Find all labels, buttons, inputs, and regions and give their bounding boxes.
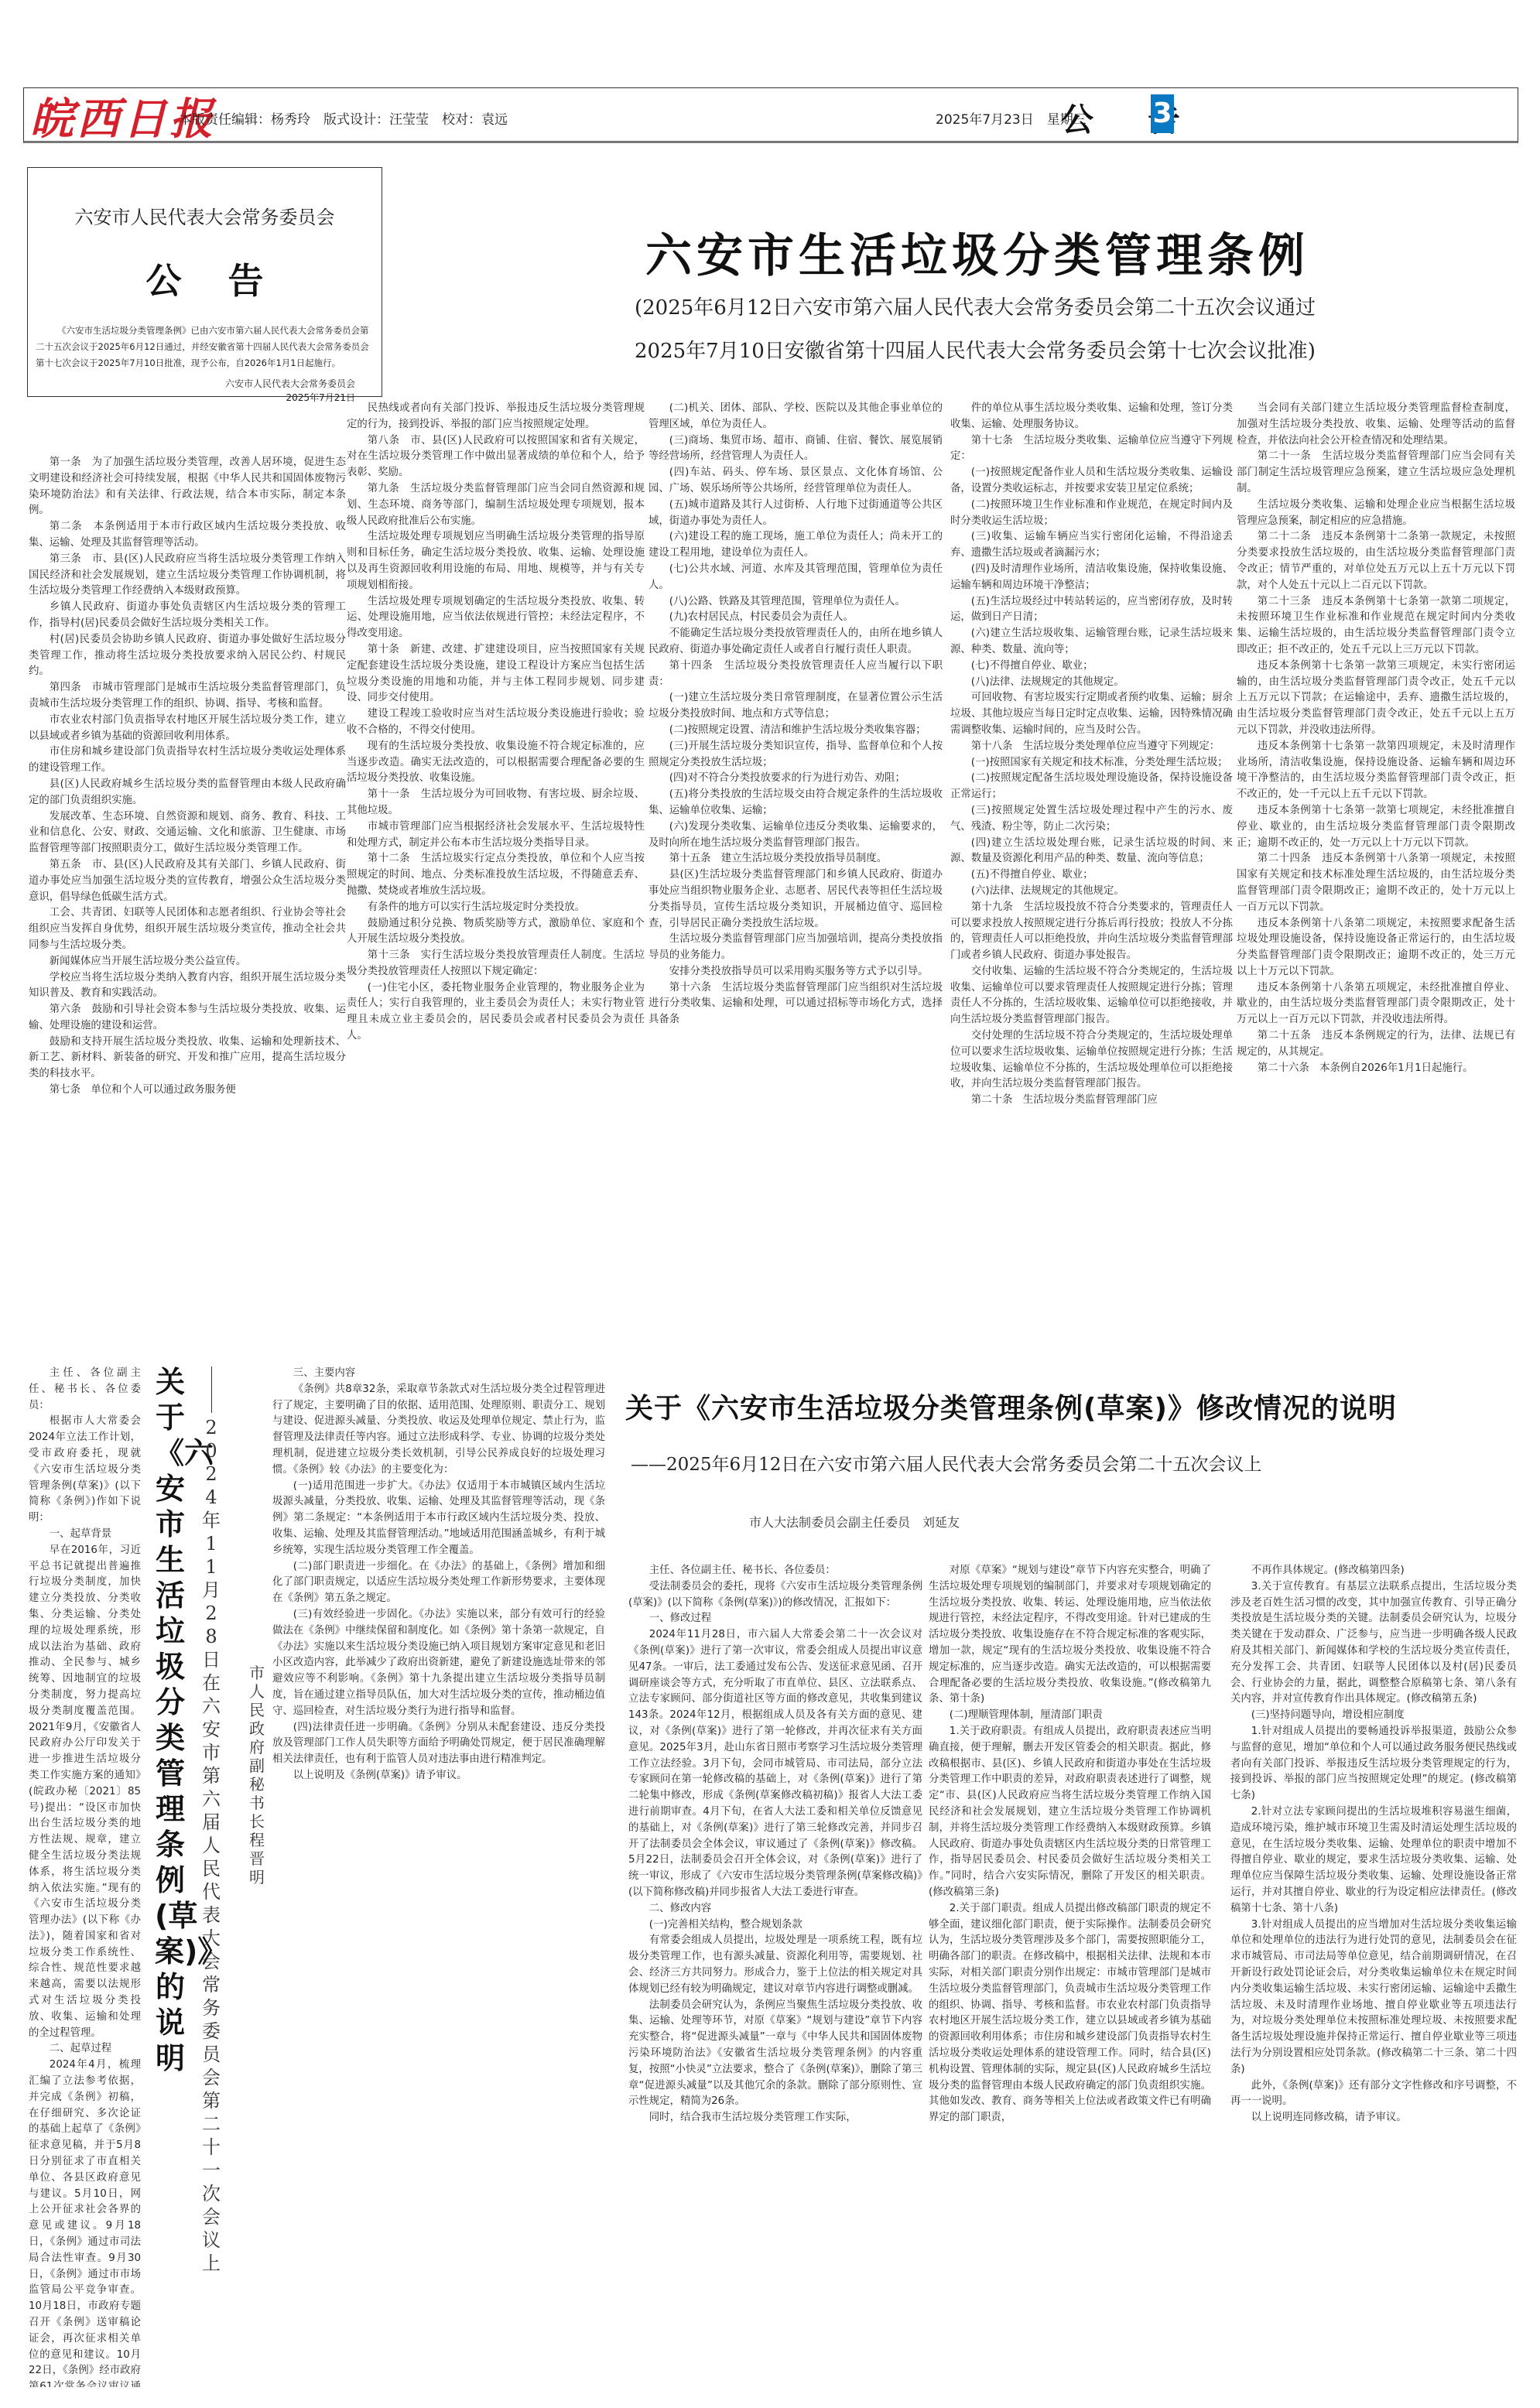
paragraph: 第十条 新建、改建、扩建建设项目，应当按照国家有关规定配套建设生活垃圾分类设施，… bbox=[347, 642, 645, 706]
paragraph: 违反本条例第十八条第五项规定，未经批准擅自停业、歇业的，由生活垃圾分类监督管理部… bbox=[1237, 980, 1515, 1028]
paragraph: 第二十五条 违反本条例规定的行为，法律、法规已有规定的，从其规定。 bbox=[1237, 1028, 1515, 1061]
paragraph: (二)机关、团体、部队、学校、医院以及其他企事业单位的管理区域，单位为责任人。 bbox=[649, 401, 943, 433]
paragraph: 2024年11月28日，市六届人大常委会第二十一次会议对《条例(草案)》进行了第… bbox=[628, 1627, 922, 1901]
regulation-column-1: 第一条 为了加强生活垃圾分类管理，改善人居环境，促进生态文明建设和经济社会可持续… bbox=[29, 455, 346, 1337]
paragraph: 第四条 市城市管理部门是城市生活垃圾分类监督管理部门，负责城市生活垃圾分类管理工… bbox=[29, 680, 346, 713]
paragraph: 2.针对立法专家顾问提出的生活垃圾堆积容易滋生细菌，造成环境污染，维护城市环境卫… bbox=[1230, 1804, 1517, 1917]
paragraph: 县(区)生活垃圾分类监督管理部门和乡镇人民政府、街道办事处应当组织物业服务企业、… bbox=[649, 867, 943, 932]
paragraph: 一、起草背景 bbox=[29, 1527, 141, 1543]
paragraph: 第二十六条 本条例自2026年1月1日起施行。 bbox=[1237, 1061, 1515, 1077]
paragraph: 3.针对组成人员提出的应当增加对生活垃圾分类收集运输单位和处理单位的违法行为进行… bbox=[1230, 1917, 1517, 2078]
paragraph: 第十三条 实行生活垃圾分类投放管理责任人制度。生活垃圾分类投放管理责任人按照以下… bbox=[347, 948, 645, 980]
revision-author: 市人大法制委员会副主任委员 刘延友 bbox=[749, 1513, 960, 1531]
paragraph: 第十一条 生活垃圾分为可回收物、有害垃圾、厨余垃圾、其他垃圾。 bbox=[347, 787, 645, 819]
paragraph: 违反本条例第十八条第二项规定，未按照要求配备生活垃圾处理设施设备，保持设施设备正… bbox=[1237, 916, 1515, 980]
paragraph: 生活垃圾处理专项规划应当明确生活垃圾分类管理的指导原则和目标任务，确定生活垃圾分… bbox=[347, 529, 645, 593]
paragraph: 第十七条 生活垃圾分类收集、运输单位应当遵守下列规定： bbox=[950, 433, 1233, 466]
paragraph: 鼓励和支持开展生活垃圾分类投放、收集、运输和处理新技术、新工艺、新材料、新装备的… bbox=[29, 1035, 346, 1083]
paragraph: 此外，《条例(草案)》还有部分文字性修改和序号调整，不再一一说明。 bbox=[1230, 2078, 1517, 2111]
paragraph: (三)收集、运输车辆应当实行密闭化运输，不得沿途丢弃、遗撒生活垃圾或者滴漏污水； bbox=[950, 529, 1233, 562]
masthead: 皖西日报 本版责任编辑：杨秀玲 版式设计：汪莹莹 校对：袁远 2025年7月23… bbox=[23, 87, 1518, 143]
regulation-title: 六安市生活垃圾分类管理条例 bbox=[645, 219, 1309, 286]
paragraph: 二、修改内容 bbox=[628, 1901, 922, 1917]
paragraph: (六)建立生活垃圾收集、运输管理台账，记录生活垃圾来源、种类、数量、流向等； bbox=[950, 626, 1233, 658]
paragraph: 第二十四条 违反本条例第十八条第一项规定，未按照国家有关规定和技术标准处理生活垃… bbox=[1237, 851, 1515, 915]
paragraph: 有条件的地方可以实行生活垃圾定时分类投放。 bbox=[347, 900, 645, 916]
paragraph: 件的单位从事生活垃圾分类收集、运输和处理，签订分类收集、运输、处理服务协议。 bbox=[950, 401, 1233, 433]
paragraph: 市住房和城乡建设部门负责指导农村生活垃圾分类收运处理体系的建设管理工作。 bbox=[29, 744, 346, 777]
signature-org: 六安市人民代表大会常务委员会 bbox=[225, 377, 355, 391]
paragraph: (五)城市道路及其行人过街桥、人行地下过街通道等公共区域，街道办事处为责任人。 bbox=[649, 498, 943, 530]
paragraph: 二、起草过程 bbox=[29, 2041, 141, 2057]
paragraph: 第二十一条 生活垃圾分类监督管理部门应当会同有关部门制定生活垃圾管理应急预案，建… bbox=[1237, 449, 1515, 497]
paragraph: 不再作具体规定。(修改稿第四条) bbox=[1230, 1563, 1517, 1579]
paragraph: (四)及时清理作业场所，清洁收集设施，保持收集设施、运输车辆和周边环境干净整洁； bbox=[950, 562, 1233, 594]
paragraph: (三)有效经验进一步固化。《办法》实施以来，部分有效可行的经验做法在《条例》中继… bbox=[272, 1607, 605, 1720]
paragraph: 1.针对组成人员提出的要畅通投诉举报渠道，鼓励公众参与监督的意见，增加“单位和个… bbox=[1230, 1724, 1517, 1804]
paragraph: 第二十条 生活垃圾分类监督管理部门应 bbox=[950, 1093, 1233, 1109]
paragraph: (一)按照规定配备作业人员和生活垃圾分类收集、运输设备，设置分类收运标志，并按要… bbox=[950, 465, 1233, 498]
revision-subtitle: ——2025年6月12日在六安市第六届人民代表大会常务委员会第二十五次会议上 bbox=[631, 1450, 1261, 1476]
paragraph: 《条例》共8章32条，采取章节条款式对生活垃圾分类全过程管理进行了规定，主要明确… bbox=[272, 1382, 605, 1479]
paragraph: 以上说明及《条例(草案)》请予审议。 bbox=[272, 1768, 605, 1784]
paragraph: 生活垃圾分类收集、运输和处理企业应当根据生活垃圾管理应急预案，制定相应的应急措施… bbox=[1237, 498, 1515, 530]
paragraph: 1.关于政府职责。有组成人员提出，政府职责表述应当明确直接，便于理解，删去开发区… bbox=[929, 1724, 1211, 1901]
regulation-column-3: (二)机关、团体、部队、学校、医院以及其他企事业单位的管理区域，单位为责任人。(… bbox=[649, 401, 943, 1337]
paragraph: 第三条 市、县(区)人民政府应当将生活垃圾分类管理工作纳入国民经济和社会发展规划… bbox=[29, 552, 346, 600]
paragraph: 交付处理的生活垃圾不符合分类规定的，生活垃圾处理单位可以要求生活垃圾收集、运输单… bbox=[950, 1028, 1233, 1093]
editor-credits: 本版责任编辑：杨秀玲 版式设计：汪莹莹 校对：袁远 bbox=[179, 108, 508, 128]
paragraph: 第十九条 生活垃圾投放不符合分类要求的，管理责任人可以要求投放人按照规定进行分拣… bbox=[950, 900, 1233, 964]
paragraph: 第二条 本条例适用于本市行政区域内生活垃圾分类投放、收集、运输、处理及其监督管理… bbox=[29, 519, 346, 552]
paragraph: 不能确定生活垃圾分类投放管理责任人的，由所在地乡镇人民政府、街道办事处确定责任人… bbox=[649, 626, 943, 658]
regulation-subtitle-line1: (2025年6月12日六安市第六届人民代表大会常务委员会第二十五次会议通过 bbox=[635, 286, 1532, 330]
paragraph: 早在2016年，习近平总书记就提出普遍推行垃圾分类制度，加快建立分类投放、分类收… bbox=[29, 1543, 141, 2042]
paragraph: 三、主要内容 bbox=[272, 1366, 605, 1382]
paragraph: 第九条 生活垃圾分类监督管理部门应当会同自然资源和规划、生态环境、商务等部门，编… bbox=[347, 481, 645, 529]
paragraph: 新闻媒体应当开展生活垃圾分类公益宣传。 bbox=[29, 954, 346, 970]
paragraph: 有常委会组成人员提出，垃圾处理是一项系统工程，既有垃圾分类管理工作，也有源头减量… bbox=[628, 1933, 922, 1997]
regulation-subtitle-line2: 2025年7月10日安徽省第十四届人民代表大会常务委员会第十七次会议批准) bbox=[635, 330, 1532, 373]
paragraph: 市城市管理部门应当根据经济社会发展水平、生活垃圾特性和处理方式，制定并公布本市生… bbox=[347, 819, 645, 852]
regulation-column-5: 当会同有关部门建立生活垃圾分类管理监督检查制度，加强对生活垃圾分类投放、收集、运… bbox=[1237, 401, 1515, 1337]
paragraph: (三)商场、集贸市场、超市、商铺、住宿、餐饮、展览展销等经营场所，经营管理人为责… bbox=[649, 433, 943, 466]
paragraph: (二)部门职责进一步细化。在《办法》的基础上，《条例》增加和细化了部门职责规定，… bbox=[272, 1559, 605, 1607]
paragraph: (四)法律责任进一步明确。《条例》分别从未配套建设、违反分类投放及管理部门工作人… bbox=[272, 1720, 605, 1768]
paragraph: 学校应当将生活垃圾分类纳入教育内容，组织开展生活垃圾分类知识普及、教育和实践活动… bbox=[29, 970, 346, 1003]
paragraph: 第二十二条 违反本条例第十二条第一款规定，未按照分类要求投放生活垃圾的，由生活垃… bbox=[1237, 529, 1515, 593]
paragraph: 一、修改过程 bbox=[628, 1611, 922, 1627]
paragraph: (五)生活垃圾经过中转站转运的，应当密闭存放，及时转运，做到日产日清； bbox=[950, 594, 1233, 627]
paragraph: (二)按照规定配备生活垃圾处理设施设备，保持设施设备正常运行； bbox=[950, 771, 1233, 803]
paragraph: 违反本条例第十七条第一款第三项规定，未实行密闭运输的，由生活垃圾分类监督管理部门… bbox=[1237, 658, 1515, 739]
paragraph: (二)按照规定设置、清洁和维护生活垃圾分类收集容器； bbox=[649, 723, 943, 739]
paragraph: 第七条 单位和个人可以通过政务服务便 bbox=[29, 1083, 346, 1099]
paragraph: 第十五条 建立生活垃圾分类投放指导员制度。 bbox=[649, 851, 943, 867]
paragraph: 以上说明连同修改稿，请予审议。 bbox=[1230, 2110, 1517, 2126]
paragraph: 当会同有关部门建立生活垃圾分类管理监督检查制度，加强对生活垃圾分类投放、收集、运… bbox=[1237, 401, 1515, 449]
paragraph: 建设工程竣工验收时应当对生活垃圾分类设施进行验收；验收不合格的，不得交付使用。 bbox=[347, 706, 645, 739]
explanation-vertical-subtitle: 2024年11月28日在六安市第六届人民代表大会常务委员会第二十一次会议上 bbox=[200, 1416, 223, 2275]
paragraph: (七)公共水域、河道、水库及其管理范围，管理单位为责任人。 bbox=[649, 562, 943, 594]
paragraph: 第十六条 生活垃圾分类监督管理部门应当组织对生活垃圾进行分类收集、运输和处理，可… bbox=[649, 980, 943, 1028]
announcement-signature: 六安市人民代表大会常务委员会 2025年7月21日 bbox=[225, 377, 355, 405]
paragraph: (四)车站、码头、停车场、景区景点、文化体育场馆、公园、广场、娱乐场所等公共场所… bbox=[649, 465, 943, 498]
paragraph: (九)农村居民点，村民委员会为责任人。 bbox=[649, 610, 943, 626]
paragraph: (五)将分类投放的生活垃圾交由符合规定条件的生活垃圾收集、运输单位收集、运输； bbox=[649, 787, 943, 819]
paragraph: (四)建立生活垃圾处理台账，记录生活垃圾的时间、来源、数量及资源化利用产品的种类… bbox=[950, 836, 1233, 868]
paragraph: 第五条 市、县(区)人民政府及其有关部门、乡镇人民政府、街道办事处应当加强生活垃… bbox=[29, 857, 346, 905]
revision-title: 关于《六安市生活垃圾分类管理条例(草案)》修改情况的说明 bbox=[625, 1387, 1397, 1426]
announcement-issuer: 六安市人民代表大会常务委员会 bbox=[28, 202, 382, 229]
explanation-vertical-title: 关于《六安市生活垃圾分类管理条例(草案)》的说明 bbox=[155, 1364, 186, 2076]
explanation-right-column: 三、主要内容《条例》共8章32条，采取章节条款式对生活垃圾分类全过程管理进行了规… bbox=[272, 1366, 605, 2387]
paragraph: 生活垃圾处理专项规划确定的生活垃圾分类投放、收集、转运、处理设施用地，应当依法依… bbox=[347, 594, 645, 642]
paragraph: (三)开展生活垃圾分类知识宣传，指导、监督单位和个人按照规定分类投放生活垃圾； bbox=[649, 739, 943, 771]
paragraph: (六)法律、法规规定的其他规定。 bbox=[950, 884, 1233, 900]
paragraph: (一)适用范围进一步扩大。《办法》仅适用于本市城镇区域内生活垃圾源头减量，分类投… bbox=[272, 1479, 605, 1559]
paragraph: 民热线或者向有关部门投诉、举报违反生活垃圾分类管理规定的行为，接到投诉、举报的部… bbox=[347, 401, 645, 433]
regulation-subtitle: (2025年6月12日六安市第六届人民代表大会常务委员会第二十五次会议通过 20… bbox=[635, 286, 1532, 373]
paragraph: 第十四条 生活垃圾分类投放管理责任人应当履行以下职责： bbox=[649, 658, 943, 691]
regulation-column-2: 民热线或者向有关部门投诉、举报违反生活垃圾分类管理规定的行为，接到投诉、举报的部… bbox=[347, 401, 645, 1337]
paragraph: 法制委员会研究认为，条例应当聚焦生活垃圾分类投放、收集、运输、处理等环节，对原《… bbox=[628, 1998, 922, 2111]
paragraph: 市农业农村部门负责指导农村地区开展生活垃圾分类工作，建立以县域或者乡镇为基础的资… bbox=[29, 713, 346, 745]
paragraph: 工会、共青团、妇联等人民团体和志愿者组织、行业协会等社会组织应当发挥自身优势，组… bbox=[29, 905, 346, 953]
paragraph: 生活垃圾分类监督管理部门应当加强培训，提高分类投放指导员的业务能力。 bbox=[649, 932, 943, 964]
paragraph: 第六条 鼓励和引导社会资本参与生活垃圾分类投放、收集、运输、处理设施的建设和运营… bbox=[29, 1002, 346, 1035]
regulation-column-4: 件的单位从事生活垃圾分类收集、运输和处理，签订分类收集、运输、处理服务协议。第十… bbox=[950, 401, 1233, 1337]
paragraph: 安排分类投放指导员可以采用购买服务等方式予以引导。 bbox=[649, 964, 943, 980]
announcement-title: 公告 bbox=[28, 253, 382, 304]
paragraph: (三)按照规定处置生活垃圾处理过程中产生的污水、废气、残渣、粉尘等，防止二次污染… bbox=[950, 803, 1233, 836]
announcement-box: 六安市人民代表大会常务委员会 公告 《六安市生活垃圾分类管理条例》已由六安市第六… bbox=[27, 167, 382, 397]
paragraph: (二)按照环境卫生作业标准和作业规范，在规定时间内及时分类收运生活垃圾； bbox=[950, 498, 1233, 530]
paragraph: 鼓励通过积分兑换、物质奖励等方式，激励单位、家庭和个人开展生活垃圾分类投放。 bbox=[347, 916, 645, 949]
paragraph: 3.关于宣传教育。有基层立法联系点提出，生活垃圾分类涉及老百姓生活习惯的改变，其… bbox=[1230, 1579, 1517, 1708]
paragraph: 第二十三条 违反本条例第十七条第一款第二项规定，未按照环境卫生作业标准和作业规范… bbox=[1237, 594, 1515, 658]
paragraph: (四)对不符合分类投放要求的行为进行劝告、劝阻； bbox=[649, 771, 943, 787]
paragraph: 第十二条 生活垃圾实行定点分类投放，单位和个人应当按照规定的时间、地点、分类标准… bbox=[347, 851, 645, 899]
paragraph: (一)按照国家有关规定和技术标准，分类处理生活垃圾； bbox=[950, 755, 1233, 771]
paragraph: 根据市人大常委会2024年立法工作计划，受市政府委托，现就《六安市生活垃圾分类管… bbox=[29, 1414, 141, 1527]
paragraph: 违反本条例第十七条第一款第七项规定，未经批准擅自停业、歇业的，由生活垃圾分类监督… bbox=[1237, 803, 1515, 851]
explanation-left-column: 主任、各位副主任、秘书长、各位委员：根据市人大常委会2024年立法工作计划，受市… bbox=[29, 1366, 141, 2387]
paragraph: 可回收物、有害垃圾实行定期或者预约收集、运输；厨余垃圾、其他垃圾应当每日定时定点… bbox=[950, 690, 1233, 738]
revision-column-3: 不再作具体规定。(修改稿第四条)3.关于宣传教育。有基层立法联系点提出，生活垃圾… bbox=[1230, 1563, 1517, 2391]
paragraph: (八)公路、铁路及其管理范围，管理单位为责任人。 bbox=[649, 594, 943, 611]
paragraph: 主任、各位副主任、秘书长、各位委员： bbox=[29, 1366, 141, 1414]
paragraph: 第一条 为了加强生活垃圾分类管理，改善人居环境，促进生态文明建设和经济社会可持续… bbox=[29, 455, 346, 519]
paragraph: (八)法律、法规规定的其他规定。 bbox=[950, 675, 1233, 691]
paragraph: (五)不得擅自停业、歇业； bbox=[950, 867, 1233, 884]
paragraph: 违反本条例第十七条第一款第四项规定，未及时清理作业场所，清洁收集设施，保持设施设… bbox=[1237, 739, 1515, 803]
paragraph: (一)住宅小区，委托物业服务企业管理的，物业服务企业为责任人；实行自我管理的，业… bbox=[347, 980, 645, 1045]
revision-column-2: 对原《草案》“规划与建设”章节下内容充实整合，明确了生活垃圾处理专项规划的编制部… bbox=[929, 1563, 1211, 2391]
paragraph: 对原《草案》“规划与建设”章节下内容充实整合，明确了生活垃圾处理专项规划的编制部… bbox=[929, 1563, 1211, 1708]
paragraph: 主任、各位副主任、秘书长、各位委员： bbox=[628, 1563, 922, 1579]
paragraph: (三)坚持问题导向，增设相应制度 bbox=[1230, 1708, 1517, 1724]
revision-column-1: 主任、各位副主任、秘书长、各位委员：受法制委员会的委托，现将《六安市生活垃圾分类… bbox=[628, 1563, 922, 2391]
paragraph: 村(居)民委员会协助乡镇人民政府、街道办事处做好生活垃圾分类管理工作，推动将生活… bbox=[29, 632, 346, 680]
paragraph: 2.关于部门职责。组成人员提出修改稿部门职责的规定不够全面，建议细化部门职责，便… bbox=[929, 1901, 1211, 2126]
vertical-divider bbox=[211, 1366, 212, 1413]
paragraph: (七)不得擅自停业、歇业； bbox=[950, 658, 1233, 675]
paragraph: (六)发现分类收集、运输单位违反分类收集、运输要求的，及时向所在地生活垃圾分类监… bbox=[649, 819, 943, 852]
paragraph: 2024年4月，梳理汇编了立法参考依据，并完成《条例》初稿，在仔细研究、多次论证… bbox=[29, 2057, 141, 2387]
paragraph: (六)建设工程的施工现场，施工单位为责任人；尚未开工的建设工程用地，建设单位为责… bbox=[649, 529, 943, 562]
paragraph: (一)建立生活垃圾分类日常管理制度，在显著位置公示生活垃圾分类投放时间、地点和方… bbox=[649, 690, 943, 723]
paragraph: (一)完善相关结构，整合规划条款 bbox=[628, 1917, 922, 1934]
page-number-badge: 3 bbox=[1151, 94, 1174, 133]
explanation-author: 市人民政府副秘书长 程晋明 bbox=[248, 1664, 266, 1886]
paragraph: 受法制委员会的委托，现将《六安市生活垃圾分类管理条例(草案)》(以下简称《条例(… bbox=[628, 1579, 922, 1612]
paragraph: 第十八条 生活垃圾分类处理单位应当遵守下列规定： bbox=[950, 739, 1233, 755]
paragraph: 第八条 市、县(区)人民政府可以按照国家和省有关规定，对在生活垃圾分类管理工作中… bbox=[347, 433, 645, 481]
paragraph: (二)理顺管理体制，厘清部门职责 bbox=[929, 1708, 1211, 1724]
paragraph: 同时，结合我市生活垃圾分类管理工作实际， bbox=[628, 2110, 922, 2126]
section-title: 公告 bbox=[1061, 94, 1234, 141]
signature-date: 2025年7月21日 bbox=[225, 391, 355, 405]
paragraph: 县(区)人民政府城乡生活垃圾分类的监督管理由本级人民政府确定的部门负责组织实施。 bbox=[29, 777, 346, 809]
paragraph: 发展改革、生态环境、自然资源和规划、商务、教育、科技、工业和信息化、公安、财政、… bbox=[29, 809, 346, 857]
paragraph: 交付收集、运输的生活垃圾不符合分类规定的，生活垃圾收集、运输单位可以要求管理责任… bbox=[950, 964, 1233, 1028]
announcement-body: 《六安市生活垃圾分类管理条例》已由六安市第六届人民代表大会常务委员会第二十五次会… bbox=[36, 323, 371, 371]
paragraph: 现有的生活垃圾分类投放、收集设施不符合规定标准的，应当逐步改造。确实无法改造的，… bbox=[347, 739, 645, 787]
paragraph: 乡镇人民政府、街道办事处负责辖区内生活垃圾分类的管理工作，指导村(居)民委员会做… bbox=[29, 600, 346, 632]
